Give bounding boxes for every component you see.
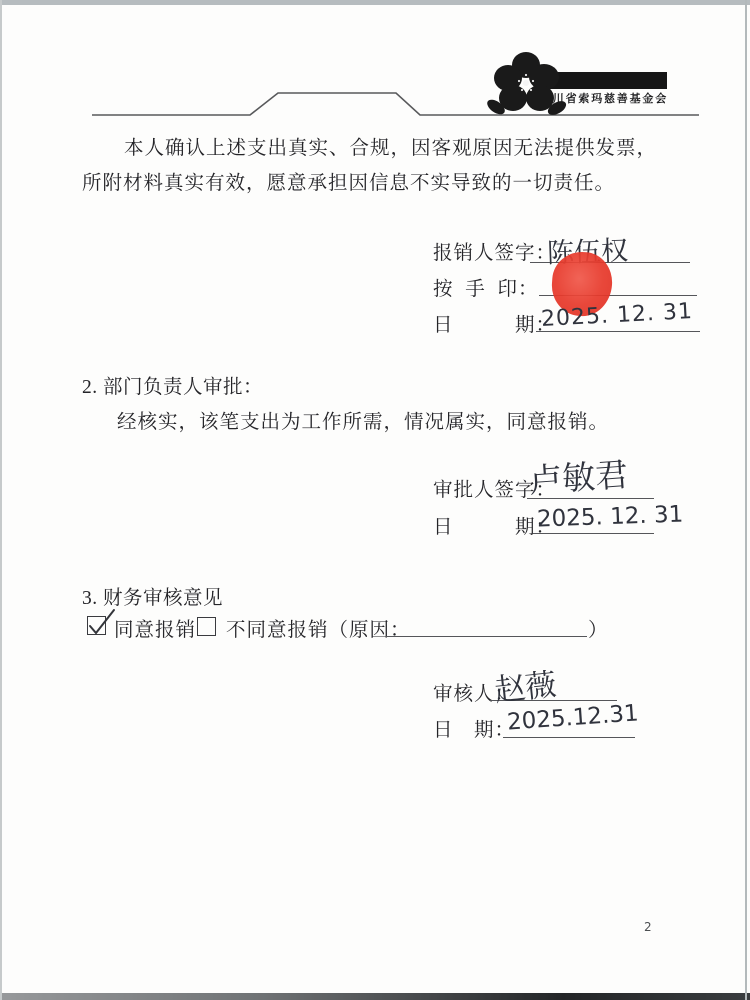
fingerprint-label: 按 手 印： (433, 273, 539, 301)
page-number: 2 (644, 920, 652, 934)
claimant-date-line (536, 331, 700, 332)
reason-blank-line (386, 636, 587, 637)
agree-label: 同意报销 (114, 614, 196, 642)
close-paren: ） (588, 614, 609, 642)
azalea-flower-icon (484, 52, 572, 116)
declaration-paragraph: 本人确认上述支出真实、合规，因客观原因无法提供发票，所附材料真实有效，愿意承担因… (82, 131, 676, 201)
claimant-date-label: 日 期： (433, 309, 556, 337)
department-approval-note: 经核实，该笔支出为工作所需，情况属实，同意报销。 (117, 406, 609, 434)
scan-edge-bottom (0, 993, 750, 1000)
department-section-title: 2. 部门负责人审批： (82, 371, 263, 399)
disagree-checkbox (197, 617, 216, 636)
handwritten-check-icon (84, 602, 118, 638)
scanned-reimbursement-form-page: Azalea|索玛花 四川省索玛慈善基金会 本人确认上述支出真实、合规，因客观原… (0, 0, 750, 1000)
approver-date-line (533, 533, 654, 534)
approver-sign-handwriting: 卢敏君 (527, 449, 629, 503)
approver-date-handwriting: 2025. 12. 31 (537, 501, 684, 532)
scan-edge-right (745, 0, 747, 1000)
reviewer-sign-handwriting: 赵薇 (492, 659, 558, 710)
letterhead-rule-line (0, 0, 750, 130)
claimant-sign-label: 报销人签字： (433, 237, 556, 265)
scan-edge-left (0, 0, 2, 1000)
disagree-label: 不同意报销（原因： (226, 614, 411, 642)
reviewer-date-line (503, 737, 635, 738)
